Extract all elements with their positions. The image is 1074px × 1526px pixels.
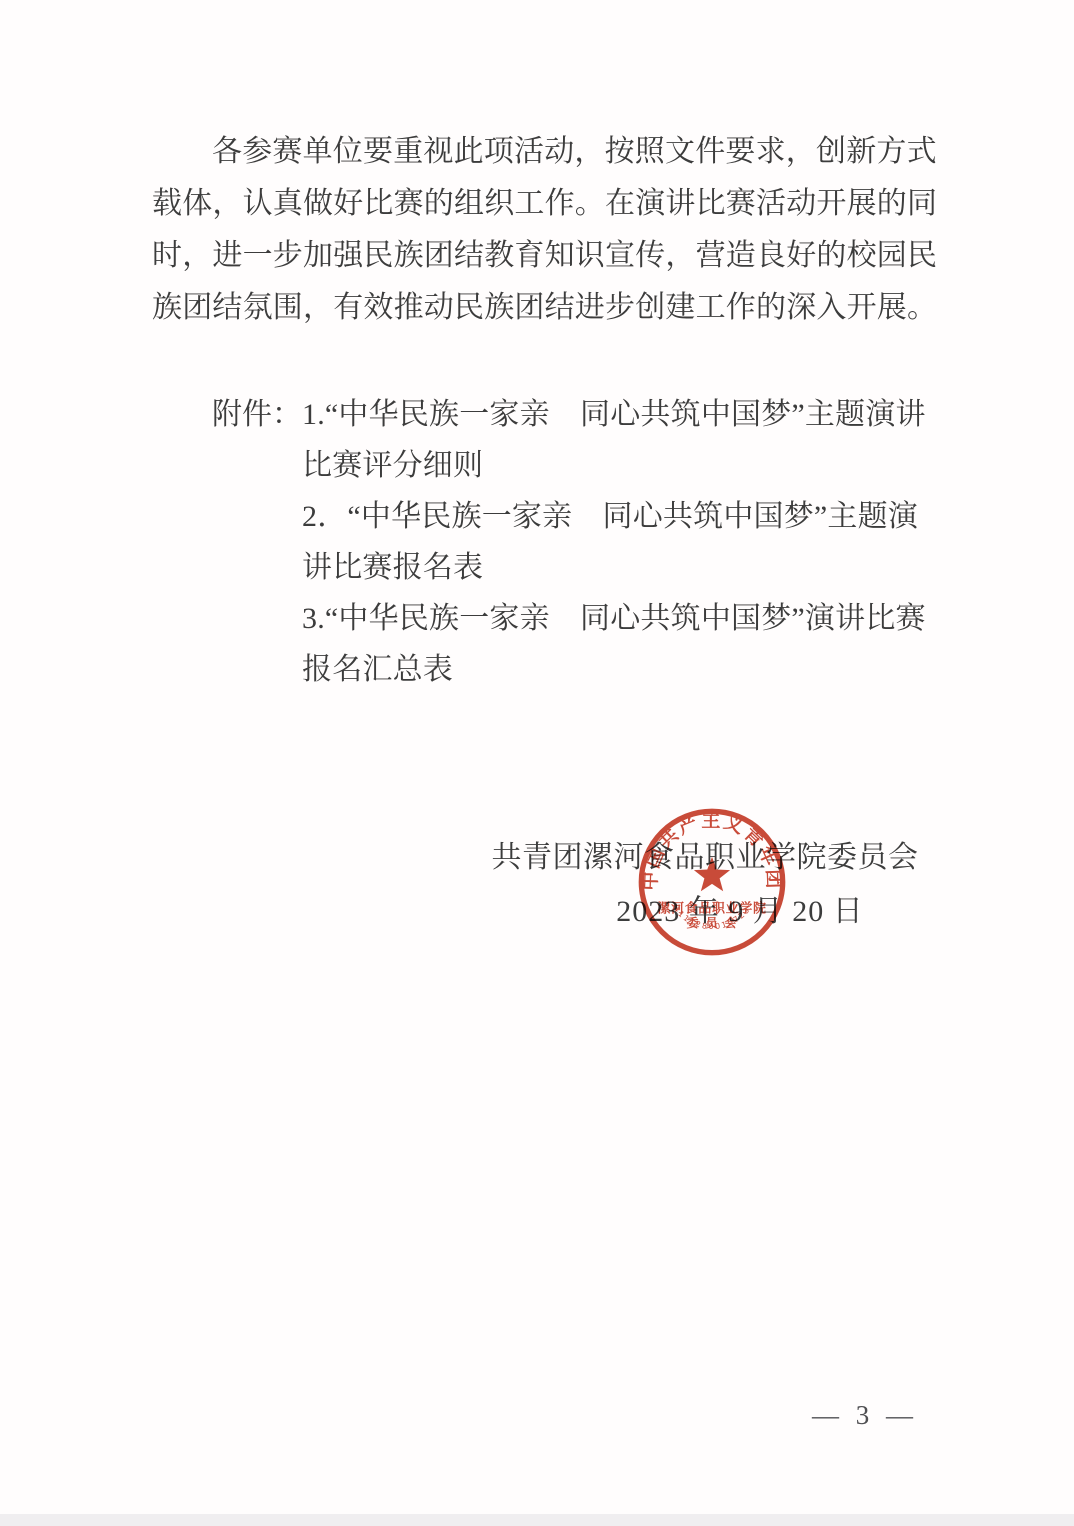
date-line: 2023 年 9 月 20 日	[435, 886, 1045, 938]
paragraph-line: 各参赛单位要重视此项活动，按照文件要求，创新方式	[152, 126, 952, 178]
body-paragraph: 各参赛单位要重视此项活动，按照文件要求，创新方式 载体，认真做好比赛的组织工作。…	[152, 126, 952, 334]
page-bottom-edge	[0, 1514, 1074, 1526]
paragraph-line: 族团结氛围，有效推动民族团结进步创建工作的深入开展。	[152, 282, 952, 334]
document-page: 各参赛单位要重视此项活动，按照文件要求，创新方式 载体，认真做好比赛的组织工作。…	[0, 0, 1074, 1526]
attachment-line: 讲比赛报名表	[302, 542, 926, 593]
attachment-line: 3.“中华民族一家亲 同心共筑中国梦”演讲比赛	[302, 593, 926, 644]
paragraph-line: 载体，认真做好比赛的组织工作。在演讲比赛活动开展的同	[152, 178, 952, 230]
signature-line: 共青团漯河食品职业学院委员会	[400, 832, 1010, 884]
attachment-line: 1.“中华民族一家亲 同心共筑中国梦”主题演讲	[302, 389, 926, 440]
attachments-list: 1.“中华民族一家亲 同心共筑中国梦”主题演讲 比赛评分细则 2．“中华民族一家…	[302, 389, 926, 695]
page-number: — 3 —	[790, 1400, 940, 1431]
paragraph-line: 时，进一步加强民族团结教育知识宣传，营造良好的校园民	[152, 230, 952, 282]
attachments-label: 附件：	[212, 389, 302, 440]
attachment-line: 报名汇总表	[302, 644, 926, 695]
attachments-block: 附件： 1.“中华民族一家亲 同心共筑中国梦”主题演讲 比赛评分细则 2．“中华…	[212, 389, 926, 695]
attachment-line: 2．“中华民族一家亲 同心共筑中国梦”主题演	[302, 491, 926, 542]
attachment-line: 比赛评分细则	[302, 440, 926, 491]
